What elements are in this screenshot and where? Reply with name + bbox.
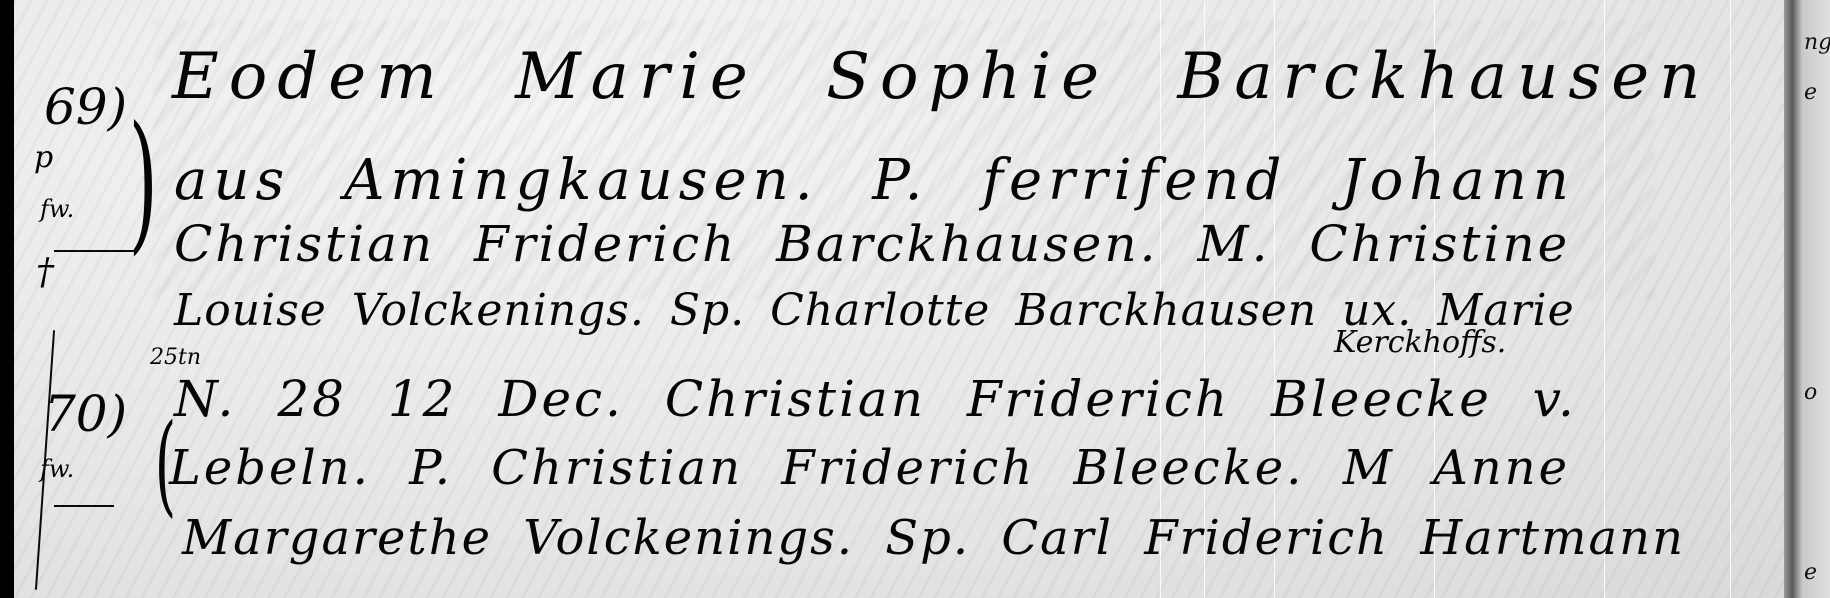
margin-rule [54, 250, 134, 252]
entry-70-line-1: N. 28 12 Dec. Christian Friderich Bleeck… [174, 370, 1577, 428]
entry-69-line-3: Christian Friderich Barckhausen. M. Chri… [174, 215, 1570, 273]
scan-line [1730, 0, 1731, 598]
gutter-fragment: ng [1804, 30, 1830, 55]
entry-69-line-1: Eodem Marie Sophie Barckhausen [172, 40, 1710, 114]
gutter-fragment: e [1804, 560, 1817, 585]
entry-69-line-2: aus Amingkausen. P. ferrifend Johann [174, 148, 1575, 213]
entry-70-superscript: 25tn [150, 345, 201, 370]
entry-number-70: 70) [44, 385, 127, 443]
entry-number-69: 69) [44, 78, 127, 136]
register-page: ng e o e 69) p fw. † ) Eodem Marie Sophi… [14, 0, 1830, 598]
gutter-fragment: e [1804, 80, 1817, 105]
bracket: ) [129, 95, 158, 269]
entry-70-line-3: Margarethe Volckenings. Sp. Carl Frideri… [182, 510, 1685, 566]
margin-mark: fw. [40, 195, 74, 223]
entry-69-interlinear: Kerckhoffs. [1334, 325, 1506, 360]
cross-mark-icon: † [36, 252, 54, 293]
entry-70-line-2: Lebeln. P. Christian Friderich Bleecke. … [169, 440, 1570, 496]
margin-mark: p [34, 140, 53, 175]
gutter-fragment: o [1804, 380, 1817, 405]
margin-rule [54, 505, 114, 507]
